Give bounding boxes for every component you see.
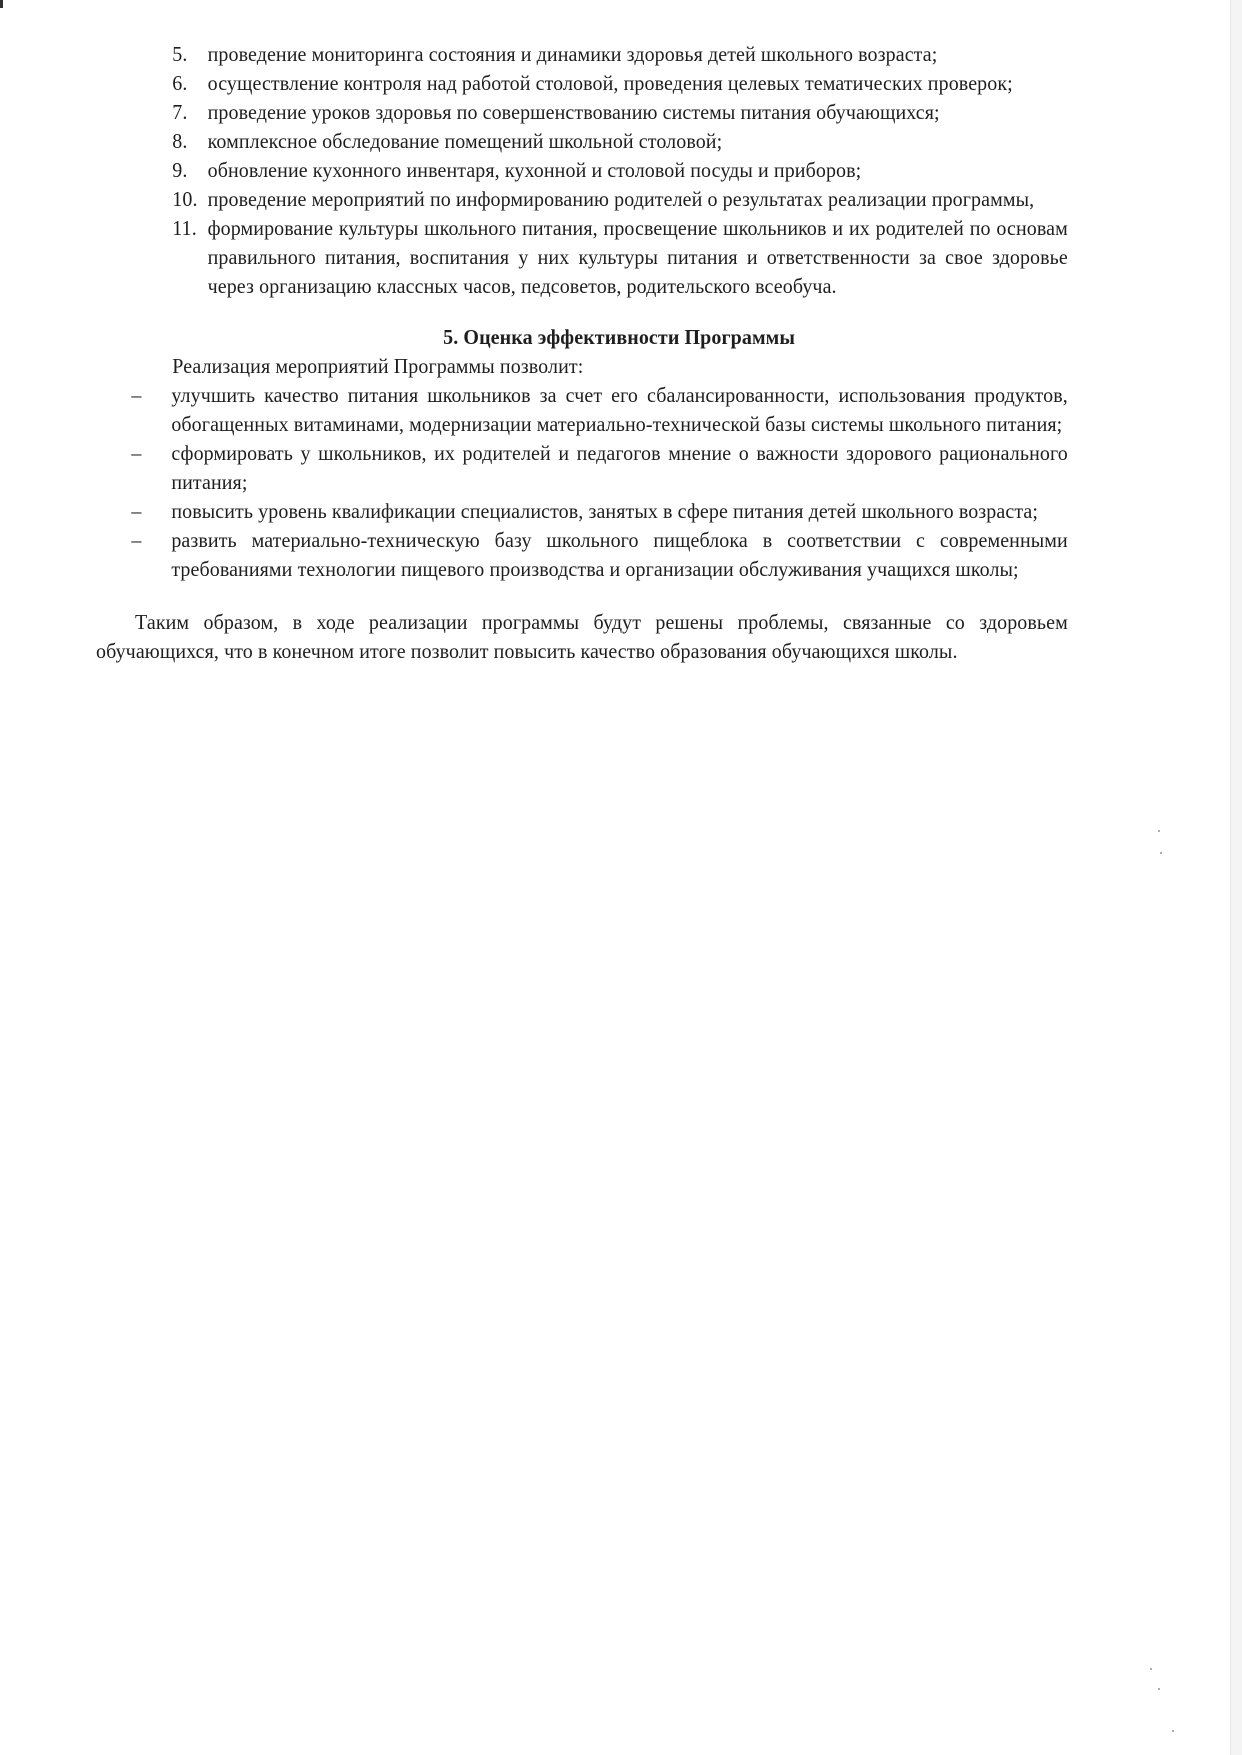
dash-bullet-icon: – — [131, 526, 141, 555]
bullet-item: – повысить уровень квалификации специали… — [131, 497, 1068, 526]
list-item: 8. комплексное обследование помещений шк… — [172, 127, 1068, 156]
list-number: 11. — [172, 214, 197, 243]
dash-bullet-icon: – — [131, 381, 141, 410]
bullet-item: – улучшить качество питания школьников з… — [131, 381, 1068, 439]
list-item-text: обновление кухонного инвентаря, кухонной… — [208, 158, 862, 182]
list-item: 10. проведение мероприятий по информиров… — [172, 185, 1068, 214]
section-heading: 5. Оценка эффективности Программы — [170, 323, 1067, 352]
bullet-item: – сформировать у школьников, их родителе… — [131, 439, 1068, 497]
document-page: 5. проведение мониторинга состояния и ди… — [0, 0, 1230, 1755]
list-number: 9. — [172, 156, 187, 185]
bullet-list: – улучшить качество питания школьников з… — [131, 381, 1068, 584]
list-number: 5. — [172, 40, 187, 69]
dash-bullet-icon: – — [131, 497, 141, 526]
scan-edge-strip — [1230, 0, 1242, 1755]
list-number: 10. — [172, 185, 197, 214]
list-item-text: проведение уроков здоровья по совершенст… — [208, 100, 940, 124]
conclusion-paragraph: Таким образом, в ходе реализации програм… — [96, 608, 1068, 666]
list-item: 6. осуществление контроля над работой ст… — [172, 69, 1068, 98]
list-number: 6. — [172, 69, 187, 98]
list-item-text: проведение мониторинга состояния и динам… — [208, 42, 938, 66]
list-number: 7. — [172, 98, 187, 127]
list-item: 11. формирование культуры школьного пита… — [172, 214, 1068, 301]
numbered-list: 5. проведение мониторинга состояния и ди… — [172, 40, 1068, 301]
scan-speck — [1172, 1730, 1174, 1732]
bullet-text: развить материально-техническую базу шко… — [171, 528, 1068, 581]
bullet-text: улучшить качество питания школьников за … — [171, 383, 1068, 436]
list-item-text: осуществление контроля над работой столо… — [208, 71, 1013, 95]
bullet-item: – развить материально-техническую базу ш… — [131, 526, 1068, 584]
list-item: 7. проведение уроков здоровья по соверше… — [172, 98, 1068, 127]
list-item-text: формирование культуры школьного питания,… — [208, 216, 1068, 298]
scan-speck — [1160, 852, 1162, 854]
scan-speck — [1150, 1668, 1152, 1670]
scan-speck — [1158, 1688, 1160, 1690]
list-item-text: проведение мероприятий по информированию… — [208, 187, 1035, 211]
bullet-text: повысить уровень квалификации специалист… — [171, 499, 1038, 523]
scan-corner-mark — [0, 0, 3, 8]
document-content: 5. проведение мониторинга состояния и ди… — [96, 40, 1068, 688]
section-intro: Реализация мероприятий Программы позволи… — [172, 352, 1068, 381]
list-number: 8. — [172, 127, 187, 156]
list-item: 5. проведение мониторинга состояния и ди… — [172, 40, 1068, 69]
list-item-text: комплексное обследование помещений школь… — [208, 129, 723, 153]
dash-bullet-icon: – — [131, 439, 141, 468]
list-item: 9. обновление кухонного инвентаря, кухон… — [172, 156, 1068, 185]
bullet-text: сформировать у школьников, их родителей … — [171, 441, 1068, 494]
scan-speck — [1158, 830, 1160, 832]
